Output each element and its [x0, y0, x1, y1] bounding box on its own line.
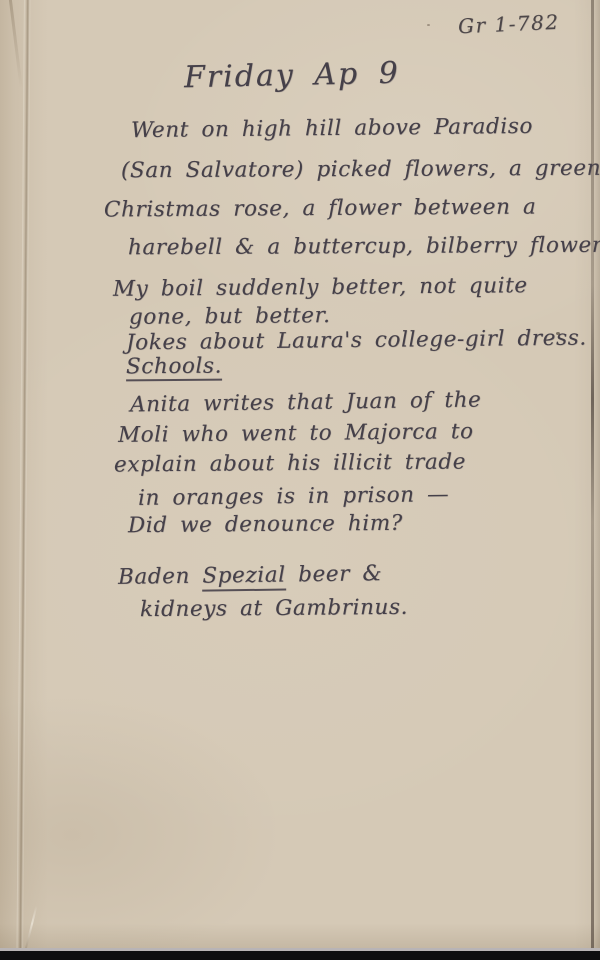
page-edge-right [591, 0, 594, 949]
page-fold-crease [16, 0, 31, 958]
corner-crease-bottom [24, 905, 37, 950]
diary-line: Went on high hill above Paradiso [131, 116, 533, 142]
diary-line: Christmas rose, a flower between a [104, 196, 537, 221]
diary-line-segment: beer & [286, 561, 383, 587]
diary-line: harebell & a buttercup, bilberry flowers… [128, 235, 600, 259]
diary-line-underlined: Schools. [126, 356, 222, 381]
diary-line: gone, but better. [129, 305, 331, 328]
archive-code: Gr 1-782 [458, 10, 561, 38]
diary-line: kidneys at Gambrinus. [140, 597, 408, 621]
diary-line: Jokes about Laura's college-girl dress. [126, 328, 587, 354]
diary-line: Anita writes that Juan of the [130, 390, 482, 416]
diary-line: Baden Spezial beer & [118, 563, 382, 588]
diary-line: Did we denounce him? [128, 513, 403, 537]
diary-line: in oranges is in prison — [138, 484, 449, 509]
corner-crease-top [8, 0, 23, 89]
diary-line: Moli who went to Majorca to [118, 421, 474, 446]
paper-page: Gr 1-782 Friday Ap 9 Went on high hill a… [0, 0, 600, 949]
scan-edge-strip [0, 951, 600, 960]
diary-line-segment-underlined: Spezial [202, 563, 286, 592]
entry-date-heading: Friday Ap 9 [184, 56, 401, 96]
diary-line: My boil suddenly better, not quite [113, 275, 528, 300]
diary-line-segment: Baden [118, 564, 203, 590]
diary-line: (San Salvatore) picked flowers, a green [121, 158, 600, 182]
paper-speck [427, 24, 430, 26]
diary-line: explain about his illicit trade [114, 451, 466, 476]
diary-page-scan: Gr 1-782 Friday Ap 9 Went on high hill a… [0, 0, 600, 960]
